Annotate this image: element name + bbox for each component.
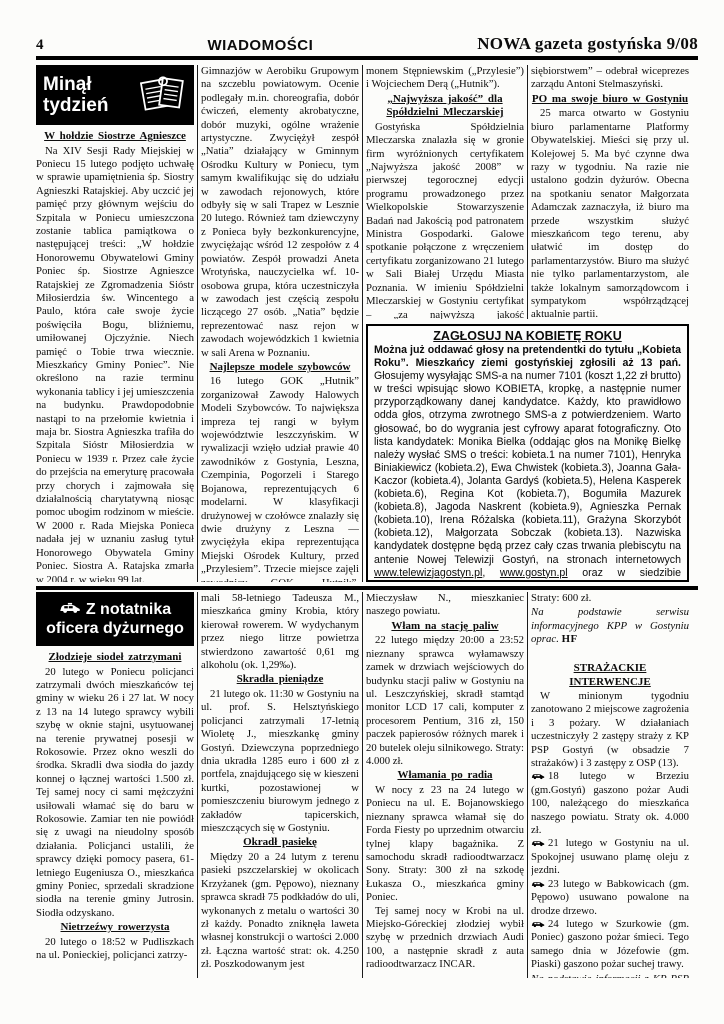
- right-top: monem Stępniewskim („Przylesie”) i Wojci…: [366, 65, 689, 319]
- column-2: mali 58-letniego Tadeusza M., mieszkańca…: [201, 592, 359, 978]
- police-car-icon: [59, 600, 81, 619]
- newspaper-page: 4 WIADOMOŚCI NOWA gazeta gostyńska 9/08 …: [0, 0, 724, 1024]
- article-heading: Włamania po radia: [366, 769, 524, 783]
- fire-intervention-item: 23 lutego w Babkowicach (gm. Pępowo) usu…: [531, 878, 689, 918]
- article-body: Gimnazjów w Aerobiku Grupowym na szczebl…: [201, 65, 359, 360]
- vote-announcement-box: ZAGŁOSUJ NA KOBIETĘ ROKU Można już oddaw…: [366, 324, 689, 582]
- article-heading: Okradł pasiekę: [201, 836, 359, 850]
- vote-box-text: Głosujemy wysyłając SMS-a na numer 7101 …: [374, 370, 681, 565]
- column-rule: [197, 592, 198, 978]
- minal-tydzien-title: Minął tydzień: [43, 74, 108, 116]
- vote-box-lead: Można już oddawać głosy na pretendentki …: [374, 344, 681, 369]
- vote-box-body: Można już oddawać głosy na pretendentki …: [374, 344, 681, 582]
- minal-tydzien-box: Minął tydzień: [36, 65, 194, 125]
- website-link-gostyn: www.gostyn.pl: [500, 567, 568, 579]
- column-rule: [527, 592, 528, 978]
- page-header: 4 WIADOMOŚCI NOWA gazeta gostyńska 9/08: [36, 34, 698, 60]
- column-4: siębiorstwem” – odebrał wiceprezes zarzą…: [531, 65, 689, 319]
- article-body: Między 20 a 24 lutym z terenu pasieki ps…: [201, 851, 359, 972]
- article-body: 25 marca otwarto w Gostyniu biuro parlam…: [531, 107, 689, 319]
- website-link-telewizjagostyn: www.telewizjagostyn.pl: [374, 567, 482, 579]
- fire-intervention-text: 24 lutego w Szurkowie (gm. Poniec) gaszo…: [531, 918, 689, 970]
- article-body: mali 58-letniego Tadeusza M., mieszkańca…: [201, 592, 359, 672]
- fire-intervention-text: 23 lutego w Babkowicach (gm. Pępowo) usu…: [531, 878, 689, 917]
- column-2: Gimnazjów w Aerobiku Grupowym na szczebl…: [201, 65, 359, 582]
- column-1: Minął tydzień: [36, 65, 194, 582]
- page-number: 4: [36, 37, 44, 54]
- section-divider-rule: [36, 586, 698, 590]
- fire-truck-icon: [531, 837, 548, 849]
- article-body: Gostyńska Spółdzielnia Mleczarska znalaz…: [366, 121, 524, 319]
- column-rule: [362, 592, 363, 978]
- bottom-section: Z notatnika oficera dyżurnego Złodzieje …: [36, 592, 698, 978]
- article-body: monem Stępniewskim („Przylesie”) i Wojci…: [366, 65, 524, 92]
- column-3: Mieczysław N., mieszkaniec naszego powia…: [366, 592, 524, 978]
- vote-box-text: ,: [482, 567, 500, 579]
- column-rule: [197, 65, 198, 582]
- right-columns-wrap: monem Stępniewskim („Przylesie”) i Wojci…: [366, 65, 689, 582]
- article-body: 16 lutego GOK „Hutnik” zorganizował Zawo…: [201, 375, 359, 582]
- fire-intervention-text: 21 lutego w Gostyniu na ul. Spokojnej us…: [531, 837, 689, 876]
- fire-intervention-item: 18 lutego w Brzeziu (gm.Gostyń) gaszono …: [531, 770, 689, 837]
- article-heading: PO ma swoje biuro w Gostyniu: [531, 93, 689, 107]
- police-notes-title-line2: oficera dyżurnego: [46, 619, 184, 638]
- column-4: Straty: 600 zł. Na podstawie serwisu inf…: [531, 592, 689, 978]
- notepad-icon: [140, 74, 186, 117]
- section-title: WIADOMOŚCI: [44, 37, 478, 54]
- article-heading: Włam na stację paliw: [366, 620, 524, 634]
- article-body: Mieczysław N., mieszkaniec naszego powia…: [366, 592, 524, 619]
- article-body: Straty: 600 zł.: [531, 592, 689, 605]
- article-body: 20 lutego w Poniecu policjanci zatrzymal…: [36, 666, 194, 921]
- source-credit: Na podstawie informacji z KP PSP w Gosty…: [531, 973, 689, 978]
- column-rule: [362, 65, 363, 582]
- fire-truck-icon: [531, 878, 548, 890]
- column-rule: [527, 65, 528, 319]
- masthead: NOWA gazeta gostyńska 9/08: [477, 34, 698, 54]
- column-1: Z notatnika oficera dyżurnego Złodzieje …: [36, 592, 194, 978]
- fire-truck-icon: [531, 770, 548, 782]
- fire-truck-icon: [531, 918, 548, 930]
- article-heading: Nietrzeźwy rowerzysta: [36, 921, 194, 935]
- fire-brigade-heading: STRAŻACKIE INTERWENCJE: [531, 662, 689, 689]
- fire-intervention-item: 21 lutego w Gostyniu na ul. Spokojnej us…: [531, 837, 689, 877]
- police-notes-title-line1: Z notatnika: [86, 600, 171, 619]
- article-body: 20 lutego o 18:52 w Pudliszkach na ul. P…: [36, 936, 194, 963]
- fire-intervention-text: 18 lutego w Brzeziu (gm.Gostyń) gaszono …: [531, 770, 689, 836]
- article-body: 22 lutego między 20:00 a 23:52 nieznany …: [366, 634, 524, 768]
- top-section: Minął tydzień: [36, 65, 698, 582]
- source-credit: Na podstawie serwisu informacyjnego KPP …: [531, 606, 689, 646]
- article-body: Tej samej nocy w Krobi na ul. Miejsko-Gó…: [366, 905, 524, 972]
- article-body: W nocy z 23 na 24 lutego w Poniecu na ul…: [366, 784, 524, 905]
- article-heading: Złodzieje siodeł zatrzymani: [36, 651, 194, 665]
- police-notes-box: Z notatnika oficera dyżurnego: [36, 592, 194, 646]
- article-body: Na XIV Sesji Rady Miejskiej w Poniecu 15…: [36, 145, 194, 583]
- article-heading: „Najwyższa jakość” dla Spółdzielni Mlecz…: [366, 93, 524, 120]
- article-body: siębiorstwem” – odebrał wiceprezes zarzą…: [531, 65, 689, 92]
- column-3: monem Stępniewskim („Przylesie”) i Wojci…: [366, 65, 524, 319]
- article-heading: W hołdzie Siostrze Agnieszce: [36, 130, 194, 144]
- vote-box-title: ZAGŁOSUJ NA KOBIETĘ ROKU: [374, 329, 681, 344]
- article-body: 21 lutego ok. 11:30 w Gostyniu na ul. pr…: [201, 688, 359, 835]
- article-body: W minionym tygodniu zanotowano 2 miejsco…: [531, 690, 689, 770]
- article-heading: Najlepsze modele szybowców: [201, 361, 359, 375]
- fire-intervention-item: 24 lutego w Szurkowie (gm. Poniec) gaszo…: [531, 918, 689, 972]
- article-heading: Skradła pieniądze: [201, 673, 359, 687]
